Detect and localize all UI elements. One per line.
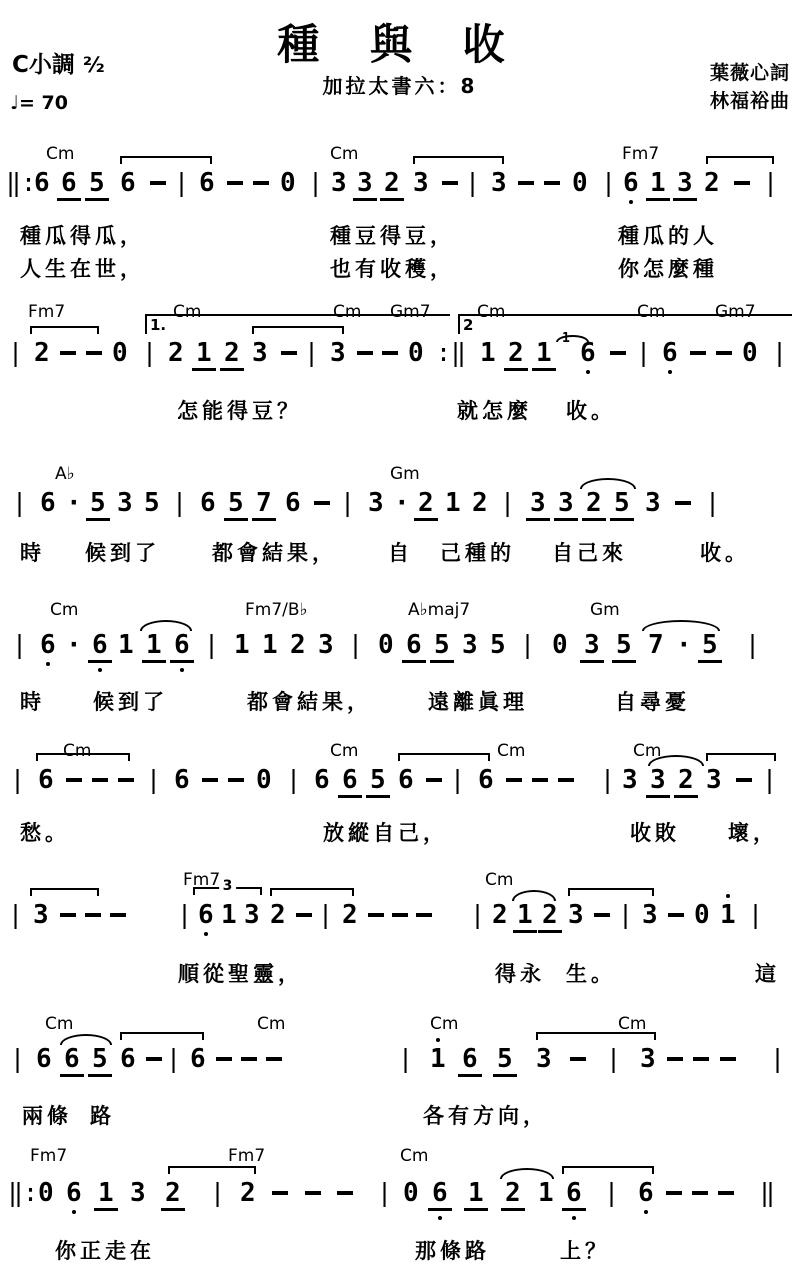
note-token: 6	[170, 632, 194, 663]
dash-token	[357, 351, 373, 355]
barline: |	[465, 170, 480, 195]
lyric-segment: 愁。	[20, 817, 70, 847]
dash-token	[736, 778, 752, 782]
note-token: 2	[504, 340, 528, 371]
dash-token	[544, 181, 560, 185]
dash-token	[296, 913, 312, 917]
dash-token	[426, 778, 442, 782]
barline: |	[762, 767, 777, 792]
note-token: 6	[34, 170, 50, 196]
note-token: 2	[501, 1180, 525, 1211]
note-token: 6	[398, 767, 414, 793]
lyric-segment: 順從聖靈，	[178, 958, 303, 988]
note-token: 3	[554, 490, 578, 521]
dash-token	[266, 1057, 282, 1061]
barline: |	[470, 902, 485, 927]
note-token: 3	[622, 767, 638, 793]
note-token: 0	[694, 902, 710, 928]
note-token: 1	[94, 1180, 118, 1211]
note-token: 6	[57, 170, 81, 201]
note-token: 3	[353, 170, 377, 201]
chord-label: Fm7	[228, 1146, 265, 1166]
chord-label: A♭maj7	[408, 600, 470, 620]
dash-token	[60, 913, 76, 917]
dash-token	[241, 1057, 257, 1061]
lyric-segment: 路	[90, 1100, 115, 1130]
lyric-segment: 時	[20, 537, 45, 567]
chord-label: Cm	[400, 1146, 428, 1166]
note-token: 0	[742, 340, 758, 366]
lyric-segment: 兩條	[22, 1100, 72, 1130]
note-token: 2	[492, 902, 508, 928]
chord-label: Fm7	[622, 144, 659, 164]
dash-token	[216, 1057, 232, 1061]
note-token: 2	[414, 490, 438, 521]
dash-token	[337, 1191, 353, 1195]
note-token: 6	[662, 340, 678, 366]
music-system: Fm7Cm3|3|6132|2|2123|301|順從聖靈，得永生。這	[0, 866, 800, 1006]
note-token: 1	[480, 340, 496, 366]
note-token: 2	[704, 170, 720, 196]
note-token: 6	[198, 902, 214, 928]
note-token: 5	[612, 632, 636, 663]
note-token: 1	[118, 632, 134, 658]
dash-token	[416, 913, 432, 917]
note-token: 1	[234, 632, 250, 658]
music-system: A♭Gm|6·535|6576|3·212|33253|時候到了都會結果，自己種…	[0, 452, 800, 592]
barline: |	[204, 632, 219, 657]
note-token: 6	[458, 1046, 482, 1077]
music-system: Fm7CmCmGm7CmCmGm71.2|20|2123|30:‖12116|6…	[0, 298, 800, 438]
note-token: 5	[224, 490, 248, 521]
barline: |	[304, 340, 319, 365]
dash-token	[305, 1191, 321, 1195]
note-token: 7	[252, 490, 276, 521]
note-token: 0	[408, 340, 424, 366]
note-token: 5	[610, 490, 634, 521]
note-token: 6	[638, 1180, 654, 1206]
barline: |	[177, 902, 192, 927]
barline: |	[174, 170, 189, 195]
barline: |	[705, 490, 720, 515]
note-token: 6	[174, 767, 190, 793]
note-token: 3	[462, 632, 478, 658]
lyric-segment: 遠離眞理	[428, 686, 528, 716]
note-token: 6	[402, 632, 426, 663]
note-token: 1	[464, 1180, 488, 1211]
note-token: 2	[34, 340, 50, 366]
note-token: 5	[86, 490, 110, 521]
note-token: 1	[445, 490, 461, 516]
note-token: 2	[220, 340, 244, 371]
note-token: 6	[314, 767, 330, 793]
note-token: 3	[580, 632, 604, 663]
note-token: 3	[526, 490, 550, 521]
note-token: 3	[706, 767, 722, 793]
lyric-segment: 怎能得豆？	[177, 395, 302, 425]
tie-bracket	[413, 156, 504, 164]
note-token: 6	[120, 170, 136, 196]
note-token: 1	[142, 632, 166, 663]
note-token: 3	[568, 902, 584, 928]
note-token: 3	[413, 170, 429, 196]
note-token: 1	[192, 340, 216, 371]
note-token: 5	[144, 490, 160, 516]
lyric-segment: 候到了	[85, 537, 160, 567]
tie-bracket	[398, 753, 490, 761]
note-token: 0	[552, 632, 568, 658]
tie-bracket	[562, 1166, 654, 1174]
note-token: 0	[378, 632, 394, 658]
note-token: 6	[40, 632, 56, 658]
lyric-segment: 候到了	[93, 686, 168, 716]
note-token: 5	[88, 1046, 112, 1077]
tie-bracket	[36, 753, 130, 761]
note-token: 1	[221, 902, 237, 928]
barline: |	[604, 1180, 619, 1205]
note-token: 0	[256, 767, 272, 793]
note-token: 2	[290, 632, 306, 658]
dash-token	[718, 1191, 734, 1195]
dash-token	[60, 351, 76, 355]
note-token: ·	[66, 632, 82, 658]
note-token: 3	[117, 490, 133, 516]
tie-bracket	[536, 1032, 656, 1040]
lyric-segment: 都會結果，	[212, 537, 337, 567]
lyric-segment: 你怎麼種	[618, 253, 718, 283]
barline: |	[772, 340, 787, 365]
barline: |	[601, 170, 616, 195]
lyric-segment: 收。	[566, 395, 616, 425]
note-token: 5	[366, 767, 390, 798]
note-token: 6	[40, 490, 56, 516]
chord-label: Fm7	[28, 302, 65, 322]
note-token: 1	[262, 632, 278, 658]
barline: ‖:	[8, 1180, 38, 1205]
note-token: 3	[318, 632, 334, 658]
note-token: 6	[428, 1180, 452, 1211]
dash-token	[281, 351, 297, 355]
dash-token	[442, 181, 458, 185]
note-token: 3	[330, 340, 346, 366]
lyric-segment: 自尋憂	[615, 686, 690, 716]
tie-bracket	[168, 1166, 256, 1174]
barline: ‖:	[6, 170, 36, 195]
lyric-segment: 自	[388, 537, 413, 567]
lyric-segment: 己種的	[440, 537, 515, 567]
note-token: 2	[582, 490, 606, 521]
note-token: 2	[674, 767, 698, 798]
barline: ‖	[760, 1180, 775, 1205]
tie-bracket	[706, 753, 776, 761]
dash-token	[146, 1057, 162, 1061]
barline: |	[318, 902, 333, 927]
lyric-segment: 種豆得豆，	[330, 220, 455, 250]
lyric-segment: 種瓜的人	[618, 220, 718, 250]
dash-token	[518, 181, 534, 185]
barline: |	[600, 767, 615, 792]
barline: |	[770, 1046, 785, 1071]
note-token: 6	[623, 170, 639, 196]
dash-token	[382, 351, 398, 355]
note-token: 6	[120, 1046, 136, 1072]
dash-token	[392, 913, 408, 917]
dash-token	[272, 1191, 288, 1195]
lyric-segment: 收。	[700, 537, 750, 567]
note-token: 6	[285, 490, 301, 516]
dash-token	[690, 351, 706, 355]
tuplet-number: 3	[219, 879, 237, 893]
dash-token	[666, 1191, 682, 1195]
lyric-segment: 生。	[566, 958, 616, 988]
barline: |	[763, 170, 778, 195]
lyric-segment: 都會結果，	[247, 686, 372, 716]
dash-token	[202, 778, 218, 782]
note-token: 3	[645, 490, 661, 516]
note-token: 1	[430, 1046, 446, 1072]
barline: |	[8, 340, 23, 365]
tie-bracket	[120, 156, 212, 164]
dash-token	[570, 1057, 586, 1061]
music-system: CmCmCmCm|6|60|6656|6|3323|愁。放縱自己，收敗壞，	[0, 733, 800, 873]
dash-token	[228, 778, 244, 782]
dash-token	[692, 1191, 708, 1195]
lyric-segment: 收敗	[630, 817, 680, 847]
barline: |	[10, 767, 25, 792]
barline: |	[172, 490, 187, 515]
sheet-page: C小調 ²⁄₂ ♩= 70 種 與 收 加拉太書六：8 葉薇心詞 林福裕曲 Cm…	[0, 0, 800, 1284]
music-system: CmCmCmCm|6656|6|1653|3|兩條路各有方向，	[0, 1006, 800, 1146]
note-token: 0	[403, 1180, 419, 1206]
tie-bracket	[568, 888, 654, 896]
chord-label: Cm	[330, 741, 358, 761]
note-token: 6	[199, 170, 215, 196]
dash-token	[227, 181, 243, 185]
barline: |	[748, 902, 763, 927]
note-token: 2	[472, 490, 488, 516]
chord-label: Gm	[390, 464, 420, 484]
lyricist-credit: 葉薇心詞	[670, 58, 790, 85]
tie-bracket	[30, 326, 99, 334]
dash-token	[85, 913, 101, 917]
note-token: 6	[66, 1180, 82, 1206]
chord-label: Cm	[618, 1014, 646, 1034]
note-token: 5	[85, 170, 109, 201]
note-token: 6	[562, 1180, 586, 1211]
dash-token	[86, 351, 102, 355]
barline: |	[308, 170, 323, 195]
barline: |	[286, 767, 301, 792]
music-system: CmFm7/B♭A♭maj7Gm|6·6116|1123|06535|0357·…	[0, 596, 800, 736]
chord-label: Fm7/B♭	[245, 600, 308, 620]
note-token: 6	[60, 1046, 84, 1077]
volta-number: 1.	[150, 316, 166, 334]
dash-token	[368, 913, 384, 917]
dash-token	[66, 778, 82, 782]
music-system: Fm7Fm7Cm‖:06132|2|061216|6‖你正走在那條路上？	[0, 1140, 800, 1280]
dash-token	[610, 351, 626, 355]
composer-credit: 林福裕曲	[670, 86, 790, 113]
note-token: 0	[280, 170, 296, 196]
lyric-segment: 自己來	[552, 537, 627, 567]
lyric-segment: 那條路	[415, 1235, 490, 1265]
volta-bracket: 2	[458, 314, 792, 334]
barline: |	[398, 1046, 413, 1071]
note-token: 3	[536, 1046, 552, 1072]
note-token: ·	[676, 632, 692, 658]
note-token: 2	[270, 902, 286, 928]
chord-label: Gm	[590, 600, 620, 620]
note-token: 3	[252, 340, 268, 366]
note-token: 0	[112, 340, 128, 366]
lyric-segment: 就怎麼	[457, 395, 532, 425]
dash-token	[716, 351, 732, 355]
note-token: 3	[646, 767, 670, 798]
note-token: 3	[331, 170, 347, 196]
music-system: CmCmFm7‖:6656|60|3323|30|6132|種瓜得瓜，種豆得豆，…	[0, 140, 800, 280]
chord-label: A♭	[55, 464, 75, 484]
lyric-segment: 種瓜得瓜，	[20, 220, 145, 250]
tie-bracket	[270, 888, 354, 896]
barline: |	[166, 1046, 181, 1071]
dash-token	[253, 181, 269, 185]
lyric-segment: 你正走在	[55, 1235, 155, 1265]
lyric-segment: 各有方向，	[423, 1100, 548, 1130]
note-token: 3	[491, 170, 507, 196]
chord-label: Cm	[50, 600, 78, 620]
chord-label: Cm	[497, 741, 525, 761]
barline: |	[12, 490, 27, 515]
note-token: 7	[648, 632, 664, 658]
lyric-segment: 這	[755, 958, 780, 988]
dash-token	[667, 1057, 683, 1061]
lyric-segment: 人生在世，	[20, 253, 145, 283]
barline: |	[450, 767, 465, 792]
note-token: 2	[161, 1180, 185, 1211]
note-token: 5	[490, 632, 506, 658]
tie-bracket	[252, 326, 344, 334]
dash-token	[594, 913, 610, 917]
barline: |	[500, 490, 515, 515]
dash-token	[693, 1057, 709, 1061]
note-token: 3	[640, 1046, 656, 1072]
barline: |	[10, 1046, 25, 1071]
lyric-segment: 時	[20, 686, 45, 716]
note-token: 2	[240, 1180, 256, 1206]
note-token: 6	[200, 490, 216, 516]
note-token: 3	[673, 170, 697, 201]
chord-label: Fm7	[30, 1146, 67, 1166]
note-token: 1	[513, 902, 537, 933]
note-token: 6	[580, 340, 596, 366]
note-token: 2	[168, 340, 184, 366]
barline: |	[210, 1180, 225, 1205]
chord-label: Cm	[45, 1014, 73, 1034]
dash-token	[506, 778, 522, 782]
tie-bracket	[30, 888, 99, 896]
note-token: 1	[562, 332, 570, 345]
barline: |	[745, 632, 760, 657]
dash-token	[150, 181, 166, 185]
note-token: 1	[538, 1180, 554, 1206]
dash-token	[720, 1057, 736, 1061]
triplet-bracket: 3	[193, 887, 262, 895]
barline: |	[142, 340, 157, 365]
lyric-segment: 放縱自己，	[323, 817, 448, 847]
chord-label: Cm	[485, 870, 513, 890]
note-token: 3	[33, 902, 49, 928]
note-token: ·	[394, 490, 410, 516]
note-token: 6	[88, 632, 112, 663]
note-token: 1	[720, 902, 736, 928]
lyric-segment: 得永	[495, 958, 545, 988]
barline: |	[8, 902, 23, 927]
note-token: 6	[38, 767, 54, 793]
chord-label: Cm	[330, 144, 358, 164]
note-token: 2	[342, 902, 358, 928]
dash-token	[314, 501, 330, 505]
note-token: 5	[493, 1046, 517, 1077]
barline: |	[606, 1046, 621, 1071]
volta-number: 2	[463, 316, 473, 334]
chord-label: Cm	[46, 144, 74, 164]
dash-token	[118, 778, 134, 782]
note-token: ·	[66, 490, 82, 516]
note-token: 1	[532, 340, 556, 371]
note-token: 2	[538, 902, 562, 933]
barline: |	[340, 490, 355, 515]
barline: |	[520, 632, 535, 657]
lyric-segment: 上？	[560, 1235, 610, 1265]
barline: |	[618, 902, 633, 927]
chord-label: Cm	[430, 1014, 458, 1034]
dash-token	[92, 778, 108, 782]
dash-token	[532, 778, 548, 782]
barline: :‖	[436, 340, 466, 365]
dash-token	[558, 778, 574, 782]
dash-token	[675, 501, 691, 505]
note-token: 2	[380, 170, 404, 201]
barline: |	[636, 340, 651, 365]
note-token: 5	[698, 632, 722, 663]
dash-token	[110, 913, 126, 917]
note-token: 1	[646, 170, 670, 201]
chord-label: Cm	[257, 1014, 285, 1034]
barline: |	[377, 1180, 392, 1205]
note-token: 3	[244, 902, 260, 928]
note-token: 6	[338, 767, 362, 798]
tie-bracket	[120, 1032, 204, 1040]
lyric-segment: 也有收穫，	[330, 253, 455, 283]
note-token: 0	[38, 1180, 54, 1206]
tie-bracket	[706, 156, 774, 164]
barline: |	[12, 632, 27, 657]
note-token: 5	[430, 632, 454, 663]
note-token: 3	[368, 490, 384, 516]
note-token: 0	[572, 170, 588, 196]
dash-token	[734, 181, 750, 185]
barline: |	[146, 767, 161, 792]
note-token: 6	[36, 1046, 52, 1072]
note-token: 6	[478, 767, 494, 793]
lyric-segment: 壞，	[728, 817, 778, 847]
note-token: 6	[190, 1046, 206, 1072]
dash-token	[668, 913, 684, 917]
note-token: 3	[130, 1180, 146, 1206]
barline: |	[348, 632, 363, 657]
note-token: 3	[642, 902, 658, 928]
